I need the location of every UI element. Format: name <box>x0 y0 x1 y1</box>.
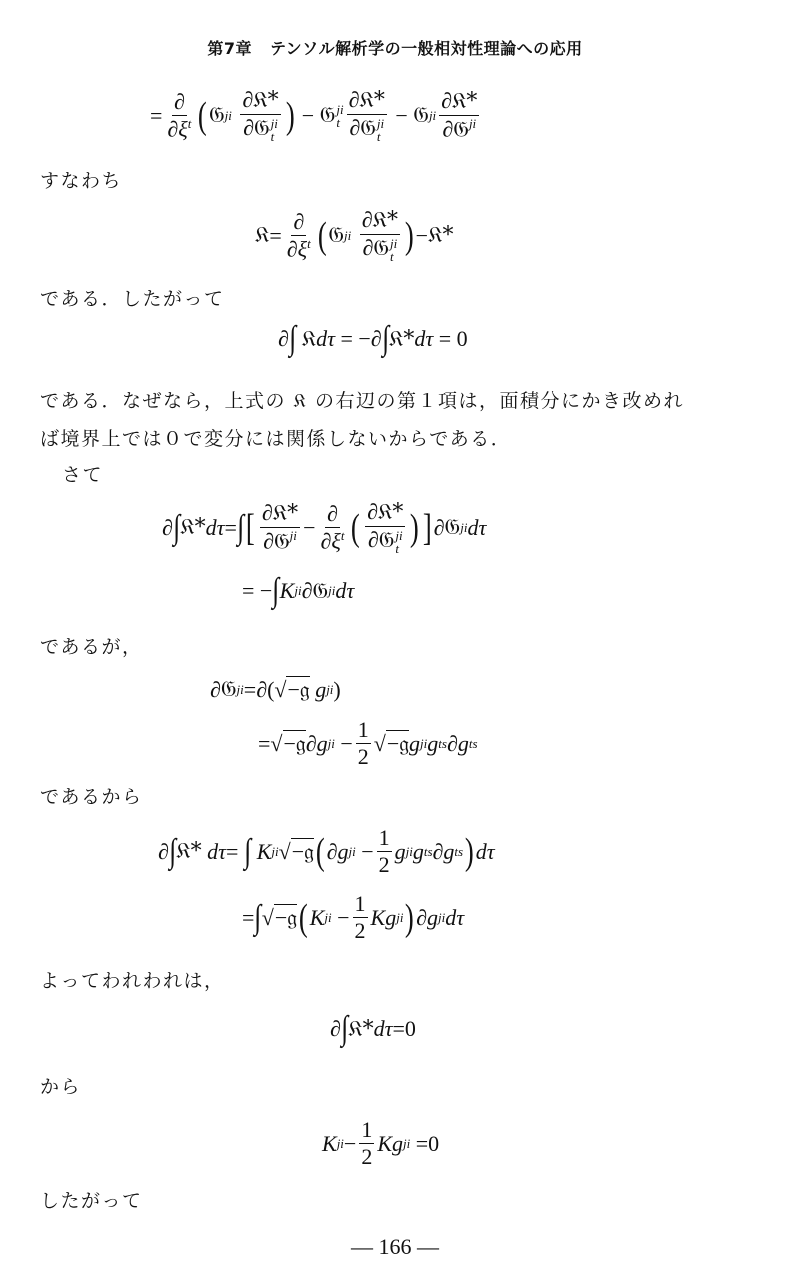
equation-7: ∂∫𝔎*dτ=0 <box>330 1012 416 1046</box>
paragraph-yotte-wareware: よってわれわれは， <box>40 966 225 993</box>
equation-1: = ∂∂ξt ( 𝔊ji ∂𝔎*∂𝔊jit ) − 𝔊jit ∂𝔎*∂𝔊jit … <box>150 88 482 143</box>
equation-6b: =∫√−𝔤 (Kji − 12 Kgji)∂gjidτ <box>242 892 464 943</box>
chapter-title: テンソル解析学の一般相対性理論への応用 <box>270 39 583 58</box>
paragraph-sate: さて <box>62 460 103 487</box>
paragraph-naze-nara-line2: ば境界上では０で変分には関係しないからである． <box>40 424 511 451</box>
paragraph-dearuga: であるが， <box>40 632 143 659</box>
equation-5a: ∂𝔊ji=∂(√−𝔤 gji) <box>210 676 341 703</box>
equation-8: Kji− 12 Kgji =0 <box>322 1118 439 1169</box>
equation-6a: ∂∫𝔎* dτ= ∫ Kji√−𝔤 (∂gji − 12 gjigts∂gts)… <box>158 826 495 877</box>
paragraph-dearukara: であるから <box>40 782 143 809</box>
equation-4b: = −∫Kji∂𝔊jidτ <box>242 574 354 608</box>
equation-5b: =√−𝔤∂gji − 12 √−𝔤gjigts∂gts <box>258 718 478 769</box>
equation-3: ∂∫ 𝔎dτ = −∂∫𝔎*dτ = 0 <box>278 322 468 356</box>
equation-4a: ∂∫𝔎*dτ= ∫[ ∂𝔎*∂𝔊ji − ∂∂ξt ( ∂𝔎*∂𝔊jit )] … <box>162 500 486 555</box>
paragraph-sunawachi: すなわち <box>40 166 122 193</box>
paragraph-naze-nara-line1: である．なぜなら，上式の 𝔎 の右辺の第１項は，面積分にかき改めれ <box>40 386 684 413</box>
equation-2: 𝔎= ∂∂ξt ( 𝔊ji ∂𝔎*∂𝔊jit ) −𝔎* <box>255 208 453 263</box>
running-header: 第7章テンソル解析学の一般相対性理論への応用 <box>0 36 790 59</box>
paragraph-shitagatte: したがって <box>40 1186 143 1213</box>
paragraph-kara: から <box>40 1072 81 1099</box>
chapter-number: 第7章 <box>207 39 252 58</box>
page-number: — 166 — <box>0 1234 790 1260</box>
paragraph-dearu-shitagatte: である．したがって <box>40 284 225 311</box>
